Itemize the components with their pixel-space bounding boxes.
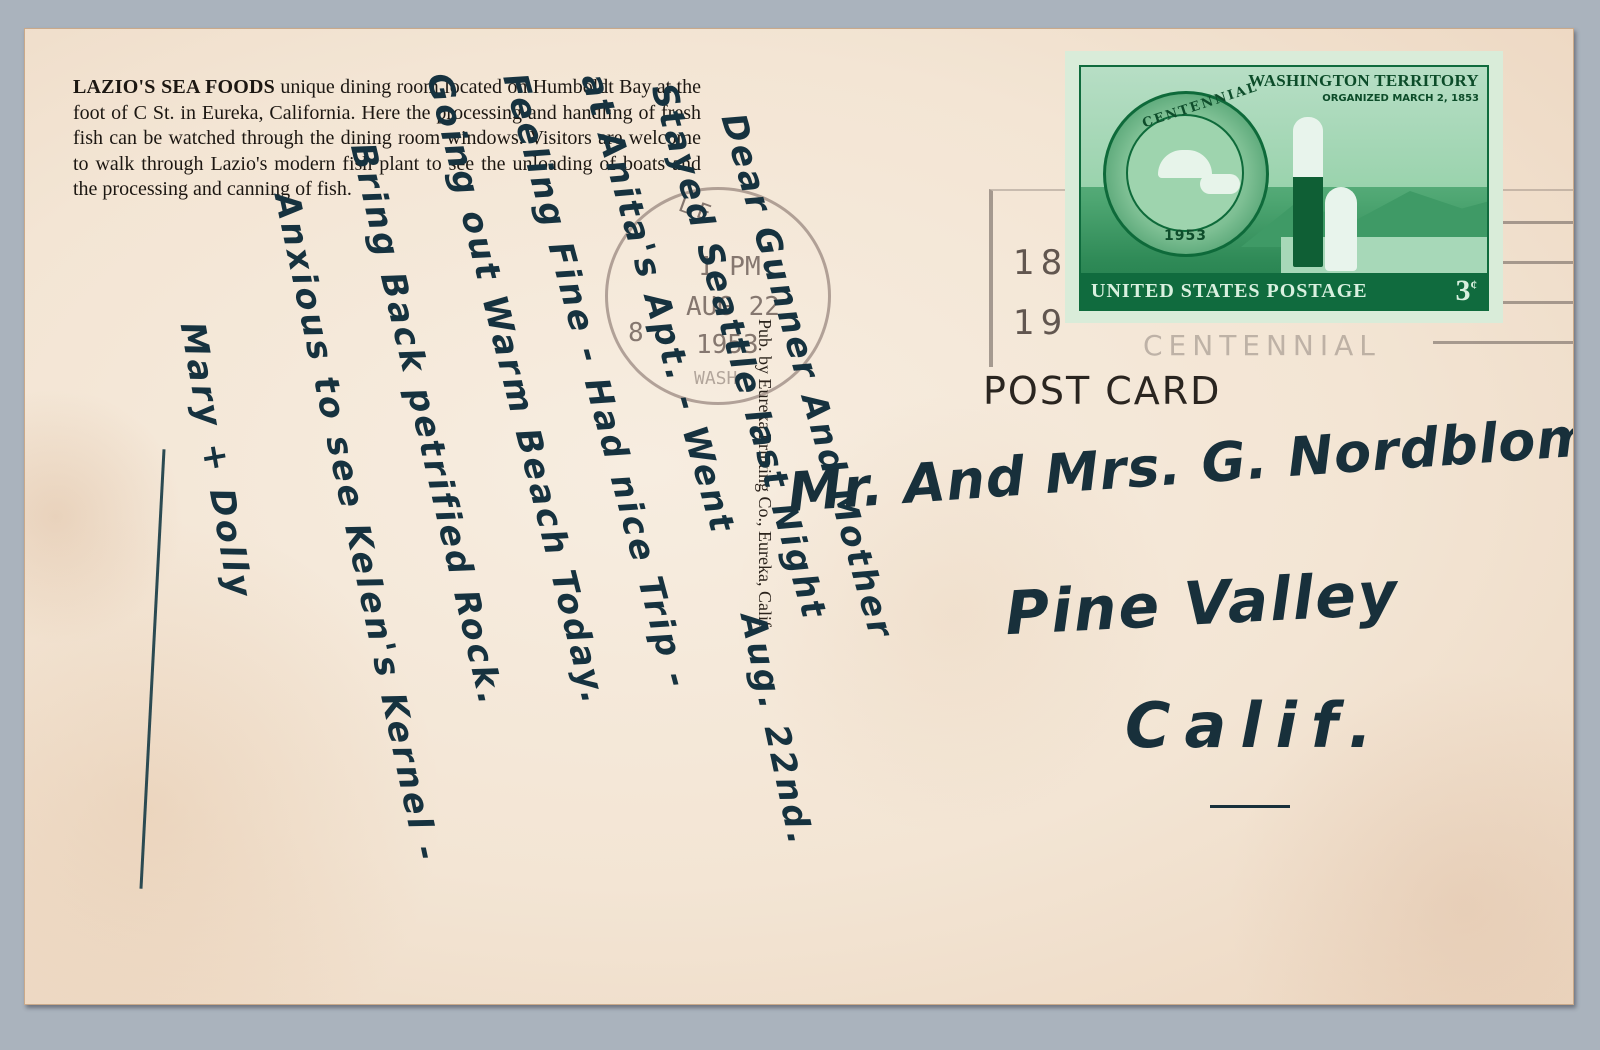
- recipient-city: Pine Valley: [1003, 559, 1400, 650]
- covered-wagon-icon: [1158, 150, 1212, 178]
- pioneer-woman-icon: [1325, 187, 1357, 271]
- message-line: Anxious to see Kelen's Kernel -: [266, 189, 447, 867]
- stamp-title: WASHINGTON TERRITORY: [1248, 71, 1479, 91]
- cancel-slogan: CENTENNIAL: [1143, 329, 1381, 362]
- cancel-year-bottom: 19: [1013, 303, 1068, 343]
- recipient-name: Mr. And Mrs. G. Nordblom: [786, 405, 1574, 524]
- stamp-denomination-bar: UNITED STATES POSTAGE 3¢: [1081, 273, 1487, 309]
- business-name: LAZIO'S SEA FOODS: [73, 76, 275, 98]
- territory-seal-icon: CENTENNIAL 1953: [1103, 91, 1269, 257]
- message-signature: Mary + Dolly: [172, 319, 260, 603]
- postcard-back: LAZIO'S SEA FOODS unique dining room loc…: [24, 28, 1574, 1005]
- postcard-label: POST CARD: [983, 369, 1221, 413]
- message-line-date: Aug. 22nd.: [732, 609, 821, 850]
- pioneer-man-icon: [1293, 117, 1323, 267]
- signature-flourish: [139, 449, 165, 889]
- stamp-subtitle: ORGANIZED MARCH 2, 1853: [1322, 93, 1479, 104]
- stamp-country: UNITED STATES POSTAGE: [1091, 280, 1368, 303]
- stamp-value: 3¢: [1456, 274, 1478, 308]
- cancel-wavy-line: [1433, 341, 1574, 344]
- stamp-design: CENTENNIAL 1953 WASHINGTON TERRITORY ORG…: [1079, 65, 1489, 311]
- seal-bottom-text: 1953: [1164, 228, 1207, 244]
- address-underline: [1210, 805, 1290, 808]
- recipient-state: Calif.: [1125, 689, 1386, 762]
- ox-icon: [1200, 174, 1240, 194]
- postage-stamp: CENTENNIAL 1953 WASHINGTON TERRITORY ORG…: [1065, 51, 1503, 323]
